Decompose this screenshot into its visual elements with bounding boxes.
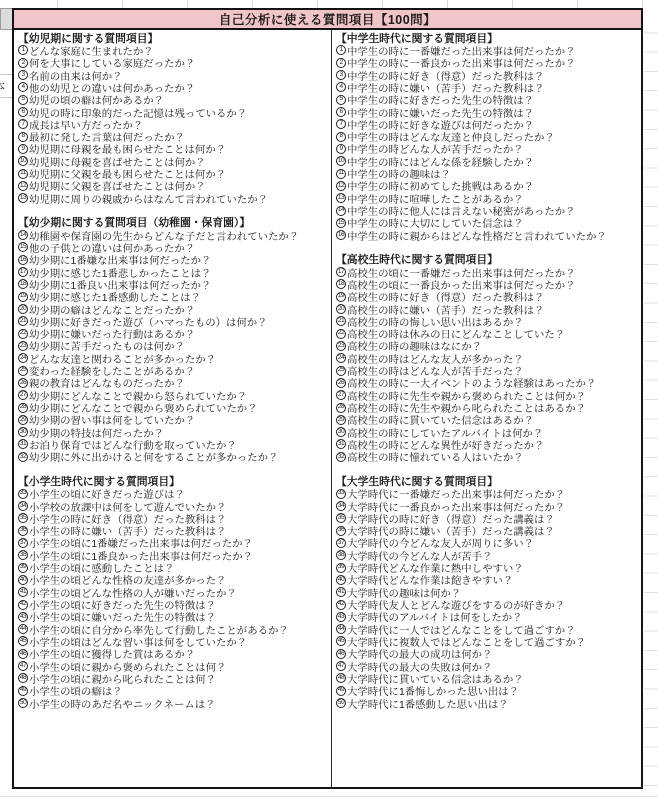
question-number: 24 xyxy=(336,353,346,363)
question-number: 26 xyxy=(18,378,28,388)
question-number: 12 xyxy=(18,181,28,191)
question-number: 22 xyxy=(18,329,28,339)
question-number: 36 xyxy=(18,526,28,536)
question-number: 30 xyxy=(336,427,346,437)
spreadsheet-canvas: 本 自己分析に使える質問項目【100問】 【幼児期に関する質問項目】1どんな家庭… xyxy=(0,0,658,800)
question-number: 38 xyxy=(336,550,346,560)
questions-column-right[interactable]: 【中学生時代に関する質問項目】1中学生の時に一番嫌だった出来事は何だったか？2中… xyxy=(336,32,640,709)
column-gridline xyxy=(382,0,383,8)
question-number: 7 xyxy=(18,119,28,129)
left-margin-column[interactable]: 本 xyxy=(0,30,12,789)
question-number: 49 xyxy=(336,686,346,696)
question-number: 50 xyxy=(336,698,346,708)
column-gridline xyxy=(122,0,123,8)
question-number: 11 xyxy=(18,169,28,179)
question-number: 18 xyxy=(336,279,346,289)
question-text: 大学時代に1番感動した思い出は？ xyxy=(347,696,509,711)
column-gridline xyxy=(512,0,513,8)
question-number: 29 xyxy=(18,415,28,425)
question-number: 41 xyxy=(18,587,28,597)
question-text: 幼児期に周りの親戚からはなんて言われていたか？ xyxy=(29,191,268,206)
question-number: 41 xyxy=(336,587,346,597)
question-number: 9 xyxy=(336,144,346,154)
question-item: 50大学時代に1番感動した思い出は？ xyxy=(336,697,640,709)
question-number: 40 xyxy=(18,575,28,585)
question-number: 25 xyxy=(336,366,346,376)
question-number: 8 xyxy=(18,132,28,142)
question-number: 1 xyxy=(336,45,346,55)
title-cell[interactable]: 自己分析に使える質問項目【100問】 xyxy=(12,8,643,30)
question-number: 38 xyxy=(18,550,28,560)
question-number: 5 xyxy=(336,95,346,105)
question-number: 27 xyxy=(18,390,28,400)
row-gridline xyxy=(0,796,658,797)
question-number: 3 xyxy=(18,70,28,80)
question-number: 21 xyxy=(18,316,28,326)
question-text: 幼少期に外に出かけると何をすることが多かったか？ xyxy=(29,449,278,464)
question-number: 23 xyxy=(336,341,346,351)
column-gridline xyxy=(447,0,448,8)
question-number: 35 xyxy=(18,513,28,523)
question-number: 14 xyxy=(336,206,346,216)
question-number: 34 xyxy=(18,501,28,511)
question-item: 16中学生の時に親からはどんな性格だと言われていたか？ xyxy=(336,229,640,241)
question-number: 8 xyxy=(336,132,346,142)
title-row-corner-cell[interactable] xyxy=(0,8,12,30)
question-number: 43 xyxy=(18,612,28,622)
question-number: 24 xyxy=(18,353,28,363)
row-gridline xyxy=(0,74,12,75)
question-number: 25 xyxy=(18,366,28,376)
page-title: 自己分析に使える質問項目【100問】 xyxy=(219,10,436,28)
question-number: 35 xyxy=(336,513,346,523)
question-number: 47 xyxy=(336,661,346,671)
column-gridline xyxy=(187,0,188,8)
question-text: 中学生の時に親からはどんな性格だと言われていたか？ xyxy=(347,228,607,243)
question-number: 46 xyxy=(18,649,28,659)
question-number: 4 xyxy=(18,82,28,92)
question-number: 48 xyxy=(336,673,346,683)
question-item: 32幼少期に外に出かけると何をすることが多かったか？ xyxy=(18,451,330,463)
question-number: 43 xyxy=(336,612,346,622)
question-number: 9 xyxy=(18,144,28,154)
question-number: 3 xyxy=(336,70,346,80)
column-gridline xyxy=(57,0,58,8)
question-number: 32 xyxy=(18,452,28,462)
question-number: 50 xyxy=(18,698,28,708)
adjacent-cell-text: 本 xyxy=(0,78,5,94)
column-gridline xyxy=(252,0,253,8)
question-number: 32 xyxy=(336,452,346,462)
question-number: 4 xyxy=(336,82,346,92)
question-number: 20 xyxy=(18,304,28,314)
question-item: 13幼児期に周りの親戚からはなんて言われていたか？ xyxy=(18,192,330,204)
question-number: 30 xyxy=(18,427,28,437)
question-number: 42 xyxy=(336,600,346,610)
question-number: 1 xyxy=(18,45,28,55)
question-number: 42 xyxy=(18,600,28,610)
question-number: 47 xyxy=(18,661,28,671)
question-number: 31 xyxy=(18,439,28,449)
question-number: 23 xyxy=(18,341,28,351)
row-gridline xyxy=(0,97,12,98)
question-number: 33 xyxy=(336,489,346,499)
question-number: 10 xyxy=(18,156,28,166)
question-number: 10 xyxy=(336,156,346,166)
question-number: 19 xyxy=(18,292,28,302)
question-number: 37 xyxy=(18,538,28,548)
questions-column-left[interactable]: 【幼児期に関する質問項目】1どんな家庭に生まれたか？2何を大事にしている家庭だっ… xyxy=(18,32,330,709)
question-number: 48 xyxy=(18,673,28,683)
question-text: 小学生の時のあだ名やニックネームは？ xyxy=(29,696,216,711)
question-number: 7 xyxy=(336,119,346,129)
question-number: 33 xyxy=(18,489,28,499)
question-text: 高校生の時に憧れている人はいたか？ xyxy=(347,449,524,464)
question-number: 46 xyxy=(336,649,346,659)
question-number: 16 xyxy=(18,255,28,265)
question-item: 50小学生の時のあだ名やニックネームは？ xyxy=(18,697,330,709)
column-gridline xyxy=(577,0,578,8)
question-number: 11 xyxy=(336,169,346,179)
questions-table: 【幼児期に関する質問項目】1どんな家庭に生まれたか？2何を大事にしている家庭だっ… xyxy=(12,30,643,789)
column-gridline xyxy=(642,0,643,8)
question-number: 17 xyxy=(18,267,28,277)
question-number: 15 xyxy=(18,242,28,252)
question-number: 2 xyxy=(336,58,346,68)
question-number: 14 xyxy=(18,230,28,240)
right-margin-column[interactable] xyxy=(644,14,658,800)
question-number: 31 xyxy=(336,439,346,449)
question-number: 40 xyxy=(336,575,346,585)
question-number: 5 xyxy=(18,95,28,105)
question-number: 13 xyxy=(336,193,346,203)
question-number: 45 xyxy=(336,636,346,646)
question-number: 17 xyxy=(336,267,346,277)
question-item: 32高校生の時に憧れている人はいたか？ xyxy=(336,451,640,463)
question-number: 6 xyxy=(18,107,28,117)
question-number: 16 xyxy=(336,230,346,240)
question-number: 39 xyxy=(336,563,346,573)
column-gridline xyxy=(317,0,318,8)
question-number: 22 xyxy=(336,329,346,339)
question-number: 44 xyxy=(18,624,28,634)
column-divider xyxy=(331,30,332,787)
question-number: 36 xyxy=(336,526,346,536)
question-number: 29 xyxy=(336,415,346,425)
question-number: 21 xyxy=(336,316,346,326)
question-number: 2 xyxy=(18,58,28,68)
question-number: 15 xyxy=(336,218,346,228)
question-number: 45 xyxy=(18,636,28,646)
question-number: 12 xyxy=(336,181,346,191)
question-number: 37 xyxy=(336,538,346,548)
question-number: 6 xyxy=(336,107,346,117)
question-number: 39 xyxy=(18,563,28,573)
question-number: 49 xyxy=(18,686,28,696)
question-number: 34 xyxy=(336,501,346,511)
question-number: 20 xyxy=(336,304,346,314)
question-number: 18 xyxy=(18,279,28,289)
question-number: 27 xyxy=(336,390,346,400)
question-number: 19 xyxy=(336,292,346,302)
question-number: 28 xyxy=(336,403,346,413)
question-number: 44 xyxy=(336,624,346,634)
question-number: 26 xyxy=(336,378,346,388)
question-number: 13 xyxy=(18,193,28,203)
question-number: 28 xyxy=(18,403,28,413)
